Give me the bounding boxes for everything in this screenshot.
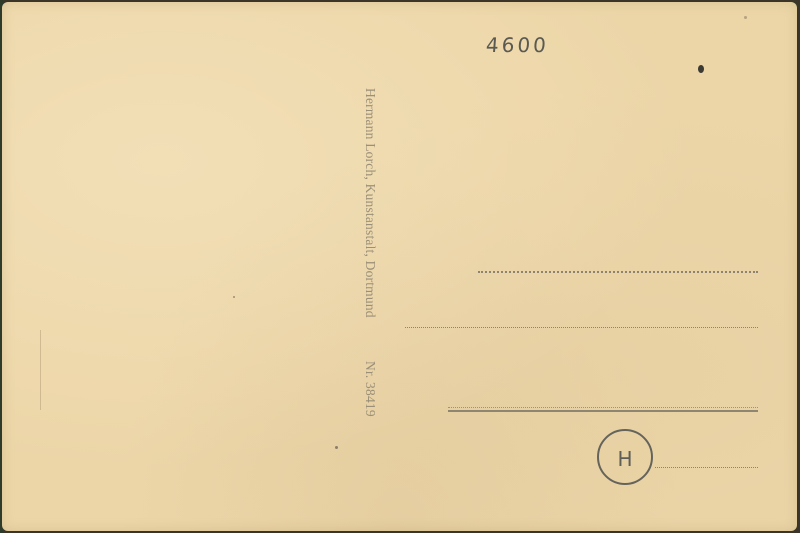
paper-speck <box>335 446 338 449</box>
publisher-imprint: Hermann Lorch, Kunstanstalt, Dortmund Nr… <box>362 88 378 417</box>
address-line-4 <box>655 467 758 468</box>
catalog-number: Nr. 38419 <box>362 361 378 417</box>
ink-spot <box>698 65 704 73</box>
publisher-name: Hermann Lorch, Kunstanstalt, Dortmund <box>363 88 378 318</box>
address-line-2 <box>405 327 758 328</box>
handwritten-price: 4600 <box>485 33 550 57</box>
paper-speck <box>744 16 747 19</box>
address-line-1 <box>478 271 758 273</box>
circled-letter: H <box>617 447 632 471</box>
circled-letter-mark: H <box>597 429 653 485</box>
address-line-3 <box>448 410 758 412</box>
postcard-back <box>2 2 797 531</box>
paper-crease <box>40 330 41 410</box>
paper-speck <box>233 296 235 298</box>
address-line-3-dotted <box>448 407 758 408</box>
